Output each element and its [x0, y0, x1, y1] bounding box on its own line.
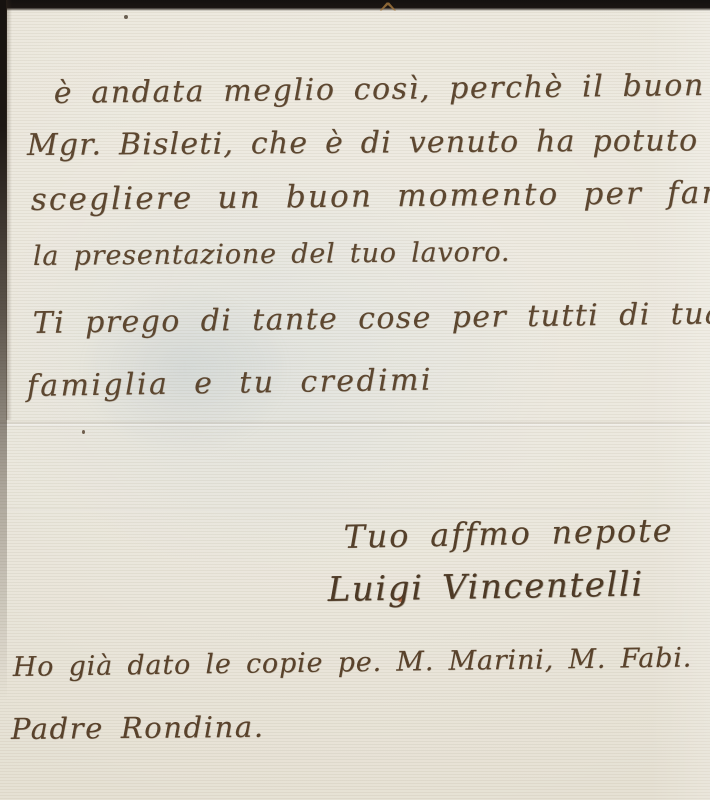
fold-crease-line-2 — [0, 508, 710, 511]
postscript-line-2: Padre Rondina. — [11, 710, 265, 746]
body-line-3: scegliere un buon momento per fare — [31, 175, 710, 218]
body-line-4: la presentazione del tuo lavoro. — [33, 237, 511, 272]
body-line-2: Mgr. Bisleti, che è di venuto ha potuto — [27, 123, 699, 163]
scan-edge-left-shadow — [6, 0, 12, 420]
fold-crease-line — [0, 421, 710, 427]
scan-edge-top — [0, 0, 710, 11]
valediction-line: Tuo affmo nepote — [343, 511, 674, 556]
caret-ink-mark: ^ — [377, 0, 399, 32]
ink-speck-top — [124, 15, 128, 19]
body-line-6: famiglia e tu credimi — [26, 363, 433, 404]
signature-line: Luigi Vincentelli — [327, 564, 644, 610]
ink-speck-middle — [82, 430, 85, 434]
page-curvature-highlight — [650, 0, 710, 800]
letter-scan: ^ è andata meglio così, perchè il buon M… — [0, 0, 710, 800]
